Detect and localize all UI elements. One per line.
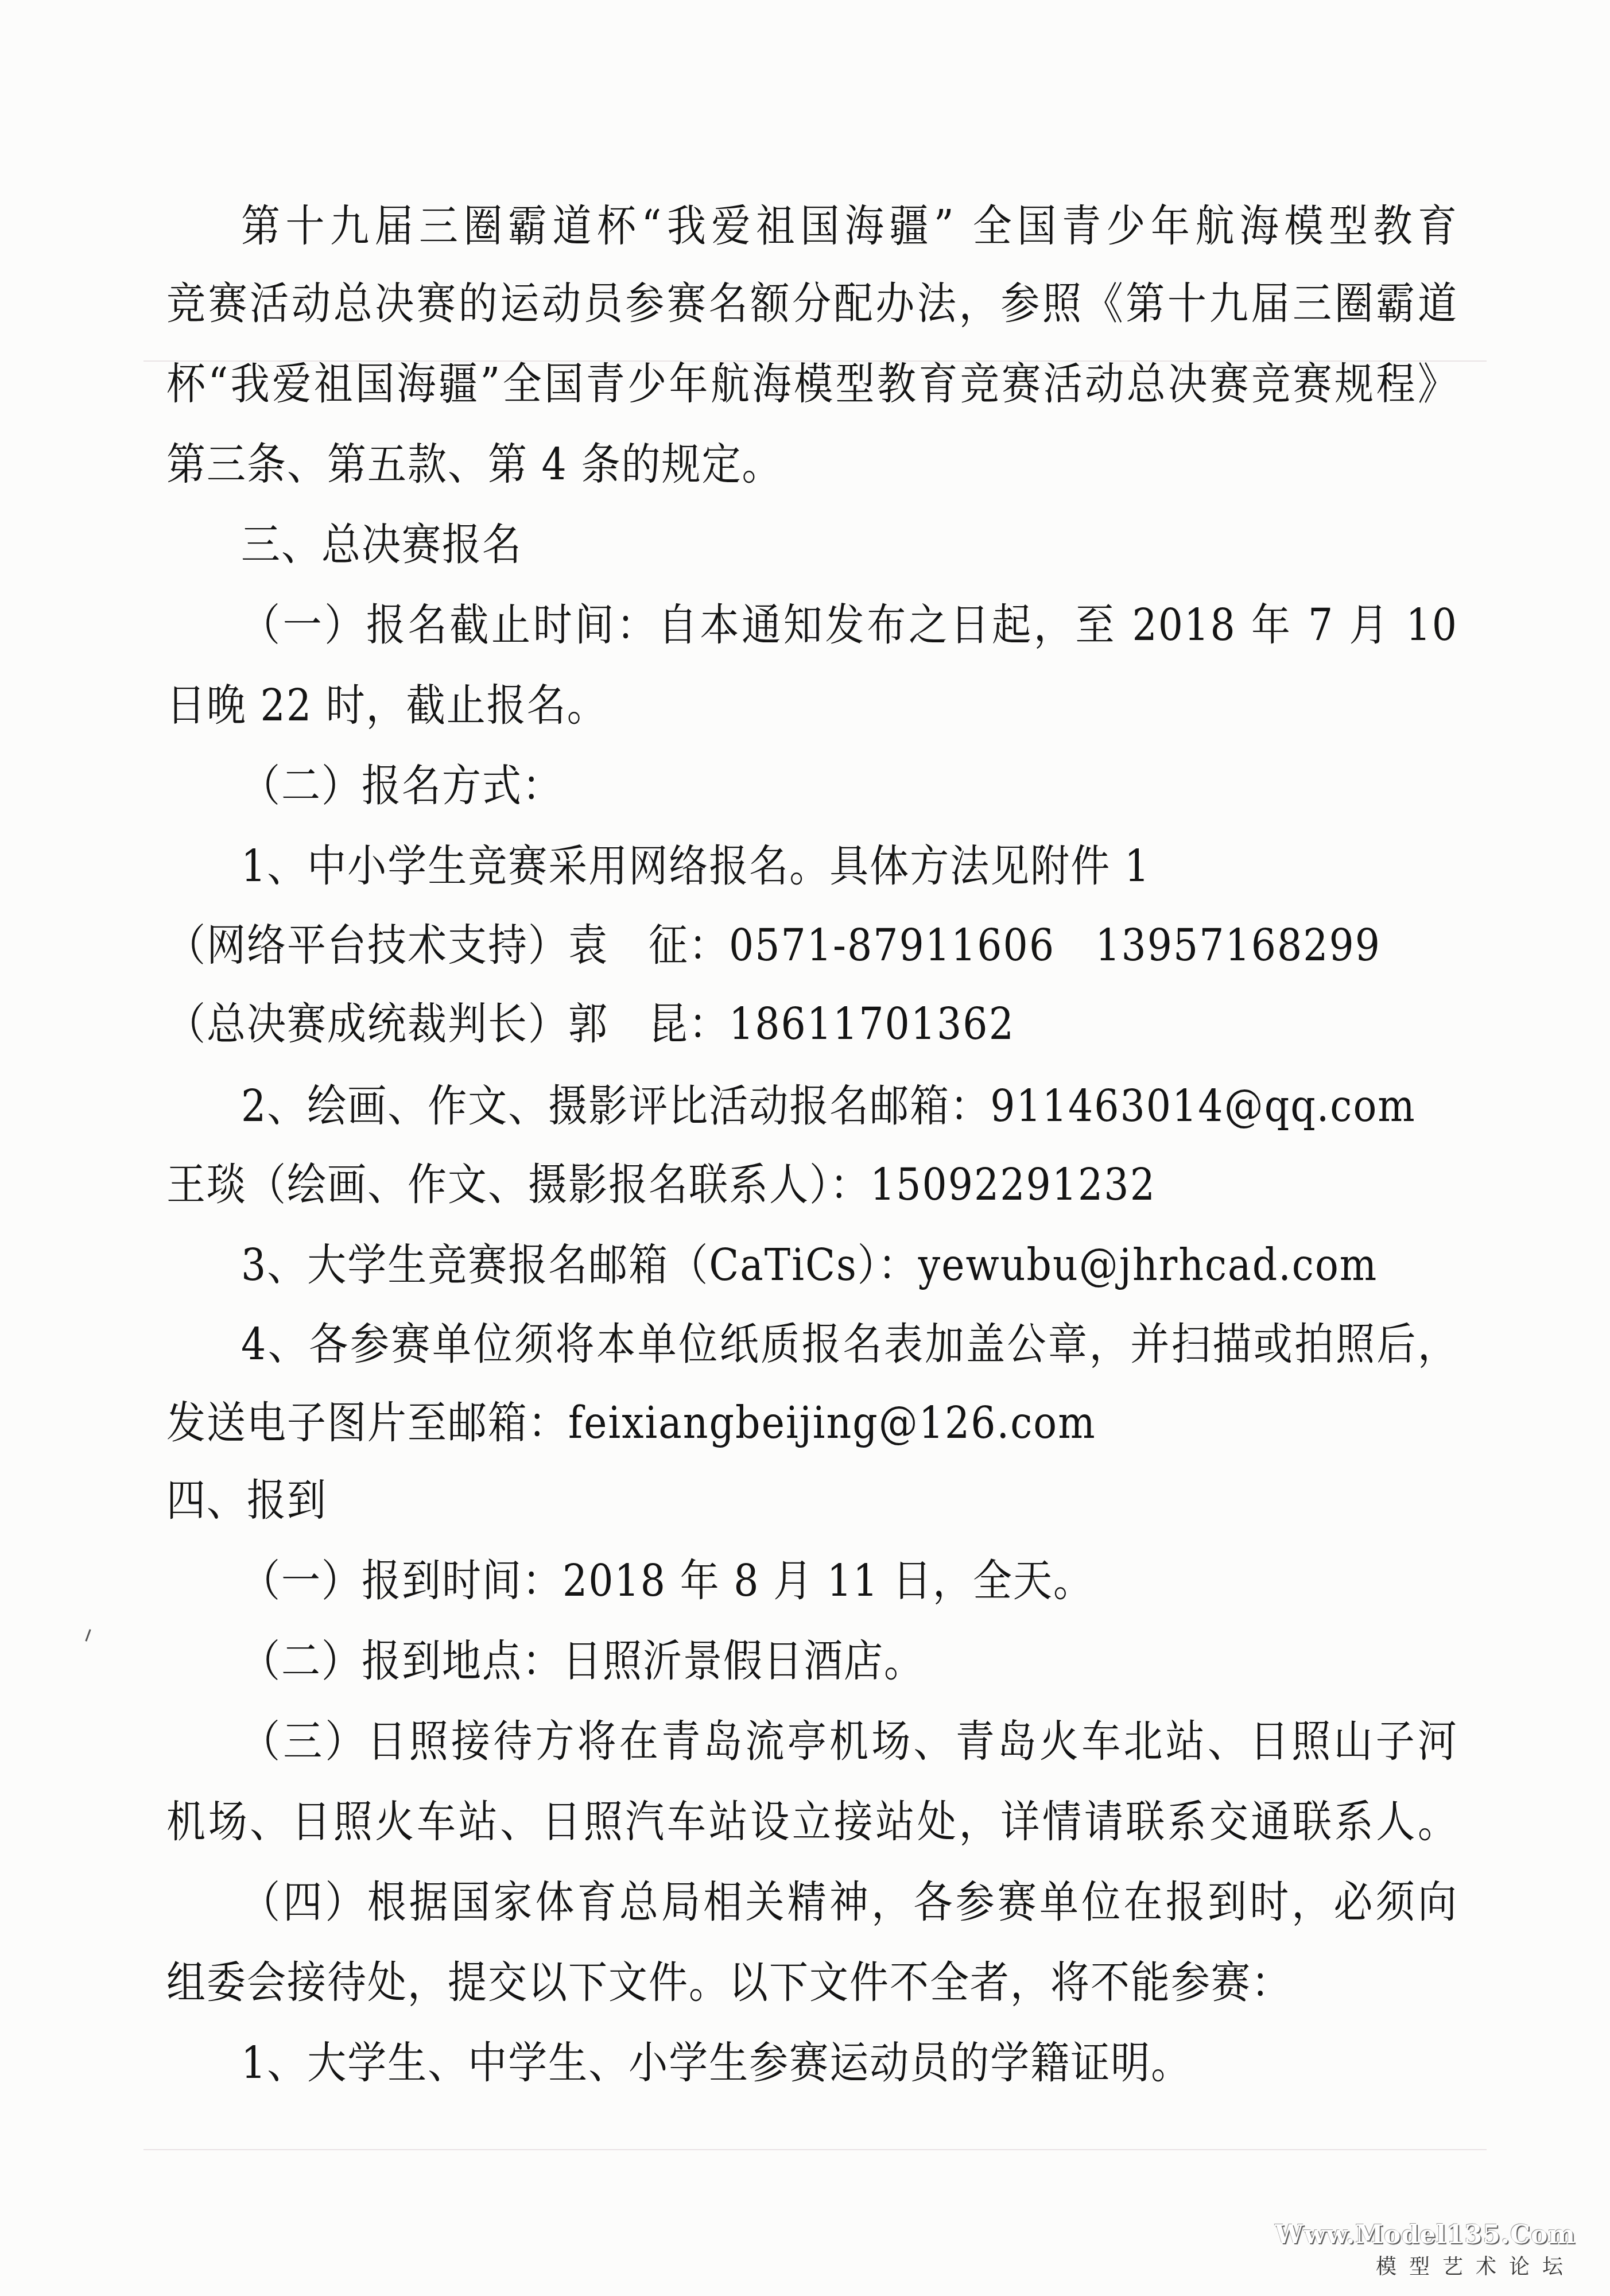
intro-line-4: 第三条、第五款、第 4 条的规定。: [166, 436, 782, 494]
pickup-stations-line-1: （三）日照接待方将在青岛流亭机场、青岛火车北站、日照山子河: [241, 1713, 1458, 1771]
paper-form-instruction-line-2: 发送电子图片至邮箱：feixiangbeijing@126.com: [166, 1395, 1096, 1453]
watermark-forum-name: 模型艺术论坛: [1275, 2251, 1576, 2280]
section-3-item-2-heading: （二）报名方式：: [241, 758, 562, 816]
intro-line-1: 第十九届三圈霸道杯“我爱祖国海疆” 全国青少年航海模型教育: [241, 198, 1458, 256]
section-4-heading: 四、报到: [166, 1472, 327, 1530]
section-3-heading: 三、总决赛报名: [241, 517, 522, 575]
tech-support-contact: （网络平台技术支持）袁 征：0571-87911606 13957168299: [166, 917, 1381, 975]
chief-referee-contact: （总决赛成统裁判长）郭 昆：18611701362: [166, 996, 1015, 1054]
check-in-time: （一）报到时间：2018 年 8 月 11 日，全天。: [241, 1553, 1093, 1611]
watermark: Www.Model135.Com 模型艺术论坛: [1275, 2220, 1576, 2280]
section-3-item-1-line-2: 日晚 22 时，截止报名。: [166, 677, 607, 735]
art-registration-email: 2、绘画、作文、摄影评比活动报名邮箱：911463014@qq.com: [241, 1078, 1416, 1136]
check-in-location: （二）报到地点：日照沂景假日酒店。: [241, 1633, 924, 1691]
intro-line-2: 竞赛活动总决赛的运动员参赛名额分配办法，参照《第十九届三圈霸道: [166, 276, 1458, 333]
scan-speck: [85, 1629, 91, 1642]
university-registration-email: 3、大学生竞赛报名邮箱（CaTiCs）：yewubu@jhrhcad.com: [241, 1237, 1378, 1295]
pickup-stations-line-2: 机场、日照火车站、日照汽车站设立接站处，详情请联系交通联系人。: [166, 1794, 1458, 1852]
scan-artifact-line: [143, 2149, 1487, 2150]
scanned-document-page: 第十九届三圈霸道杯“我爱祖国海疆” 全国青少年航海模型教育 竞赛活动总决赛的运动…: [0, 0, 1610, 2296]
required-documents-line-2: 组委会接待处，提交以下文件。以下文件不全者，将不能参赛：: [166, 1954, 1291, 2012]
section-3-item-1-line-1: （一）报名截止时间：自本通知发布之日起，至 2018 年 7 月 10: [241, 597, 1458, 655]
student-status-proof: 1、大学生、中学生、小学生参赛运动员的学籍证明。: [241, 2035, 1191, 2093]
intro-line-3: 杯“我爱祖国海疆”全国青少年航海模型教育竞赛活动总决赛竞赛规程》: [166, 356, 1458, 414]
paper-form-instruction-line-1: 4、各参赛单位须将本单位纸质报名表加盖公章，并扫描或拍照后，: [241, 1316, 1458, 1374]
art-registration-contact: 王琰（绘画、作文、摄影报名联系人）：15092291232: [166, 1157, 1156, 1215]
online-registration-note: 1、中小学生竞赛采用网络报名。具体方法见附件 1: [241, 838, 1150, 896]
required-documents-line-1: （四）根据国家体育总局相关精神，各参赛单位在报到时，必须向: [241, 1874, 1458, 1932]
watermark-site: Www.Model135.Com: [1275, 2220, 1576, 2250]
